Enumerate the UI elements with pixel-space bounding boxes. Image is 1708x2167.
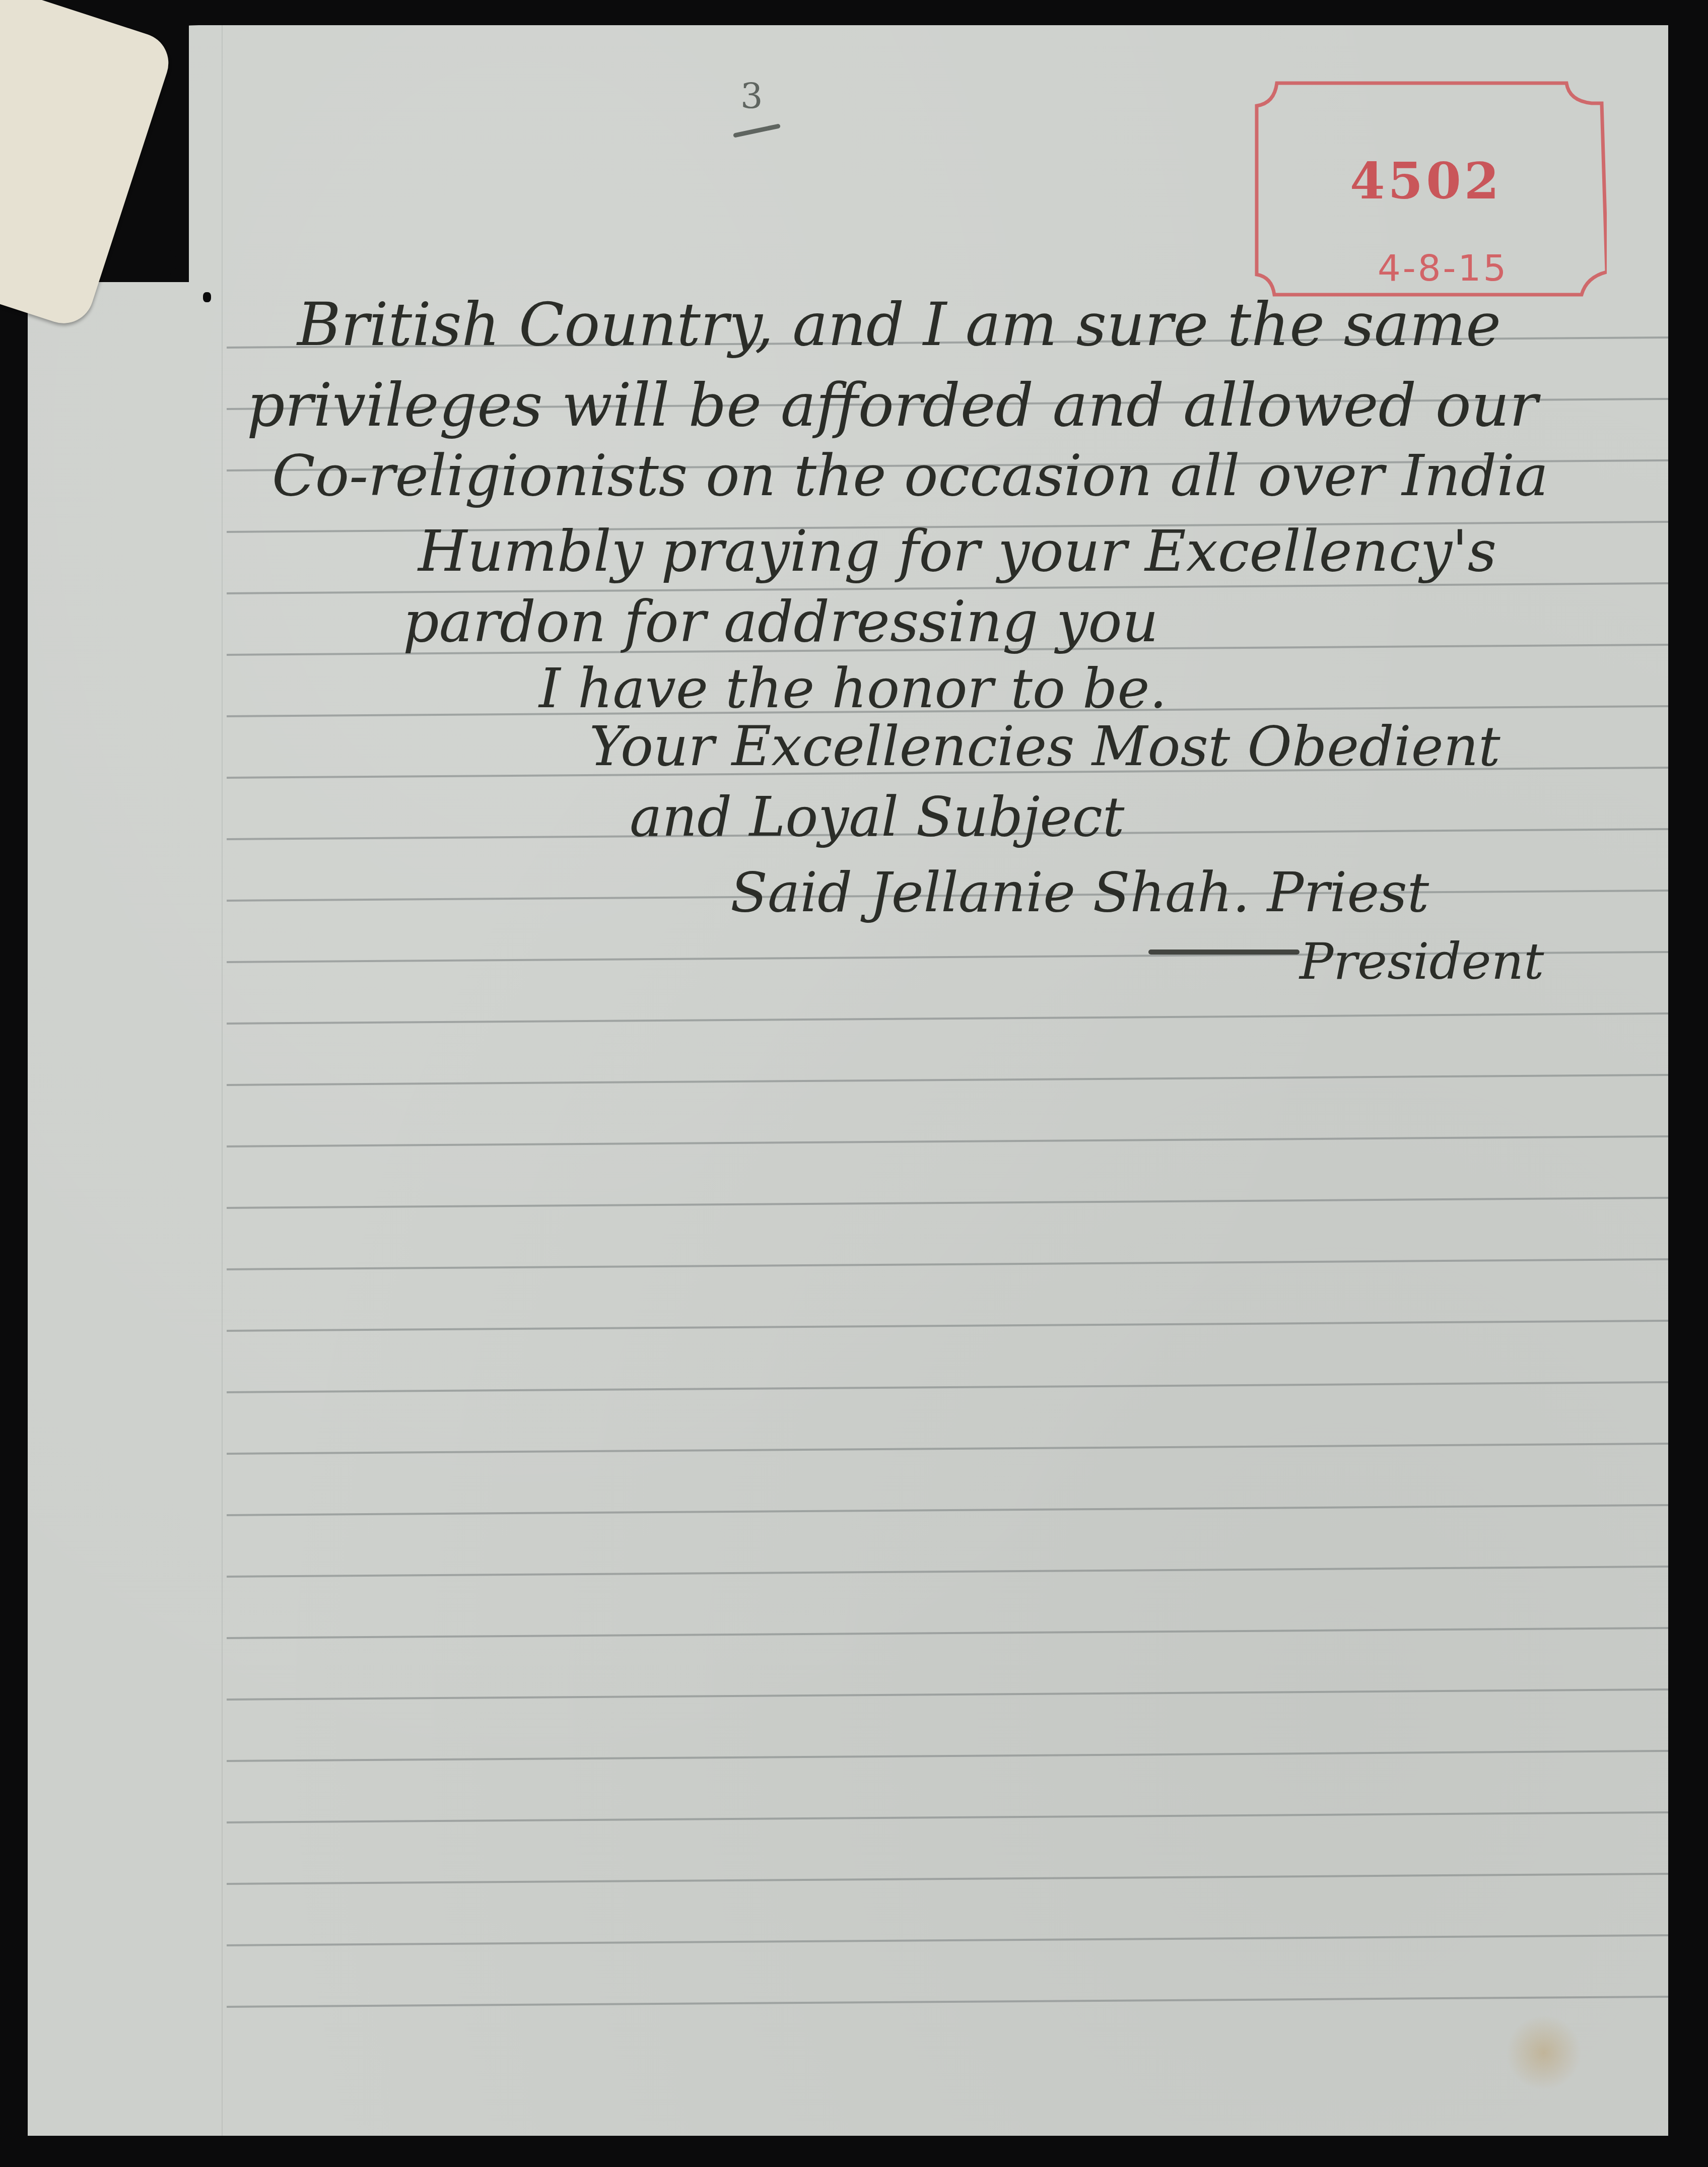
page-number: 3 bbox=[740, 76, 763, 117]
foxing-stain bbox=[1506, 2015, 1582, 2090]
paper-hole bbox=[146, 249, 176, 276]
paper-hole bbox=[203, 292, 211, 302]
closing-line: Your Excellencies Most Obedient bbox=[589, 715, 1500, 778]
signature: Said Jellanie Shah. Priest bbox=[730, 861, 1429, 924]
stamp-registry-number: 4502 bbox=[1350, 151, 1502, 211]
closing-line: I have the honor to be. bbox=[539, 657, 1167, 720]
stamp-date: 4-8-15 bbox=[1378, 247, 1508, 289]
signature-title: President bbox=[1300, 932, 1544, 991]
margin-line bbox=[222, 25, 223, 2136]
letter-line: privileges will be afforded and allowed … bbox=[247, 370, 1538, 440]
closing-line: and Loyal Subject bbox=[630, 786, 1124, 849]
signature-flourish bbox=[1148, 950, 1300, 955]
letter-line: Humbly praying for your Excellency's bbox=[418, 519, 1496, 584]
letter-line: pardon for addressing you bbox=[403, 589, 1158, 655]
letter-line: British Country, and I am sure the same bbox=[297, 290, 1501, 359]
letter-line: Co-religionists on the occasion all over… bbox=[272, 443, 1548, 509]
